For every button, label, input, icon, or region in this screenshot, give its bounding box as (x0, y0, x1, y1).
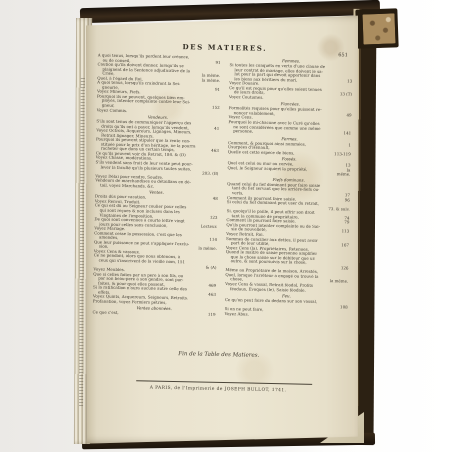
marbled-paper (363, 13, 396, 44)
fin-line: Fin de la Table des Matieres. (90, 349, 348, 360)
facing-page-text-sliver (79, 78, 85, 408)
page-title: DES MATIERES. (96, 40, 354, 54)
book-photograph: DES MATIERES. 651 A quoi tenus, lorsqu'i… (0, 0, 452, 452)
divider-rule (136, 380, 312, 385)
cover-corner (355, 8, 398, 48)
imprint-line: A PARIS, de l'Imprimerie de JOSEPH BULLO… (89, 384, 347, 394)
book-page: DES MATIERES. 651 A quoi tenus, lorsqu'i… (86, 13, 358, 444)
index-column-right: Femmes.Si toutes les conquêts en vertu d… (225, 56, 353, 319)
printed-content: DES MATIERES. 651 A quoi tenus, lorsqu'i… (90, 40, 354, 345)
index-column-left: A quoi tenus, lorsqu'ils perdent leur cr… (93, 53, 221, 317)
